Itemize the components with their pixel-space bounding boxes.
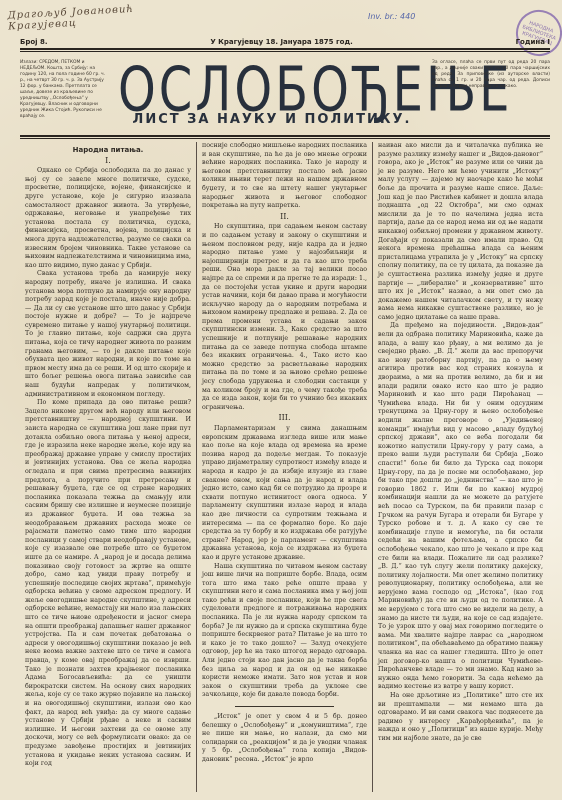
paragraph: Да пређемо на појединости. „Видов-дан“ в… [378, 322, 543, 692]
article-divider [235, 706, 334, 707]
article-heading: Народна питања. [25, 146, 191, 155]
section-number: I. [25, 157, 191, 166]
paragraph: Наша скупштина по читавом њеном саставу … [202, 563, 367, 701]
masthead-bottom-rule [20, 135, 550, 137]
section-number: II. [202, 213, 367, 222]
year-label: Година I [516, 38, 550, 46]
paragraph: посније слободно мишљење народних послан… [202, 142, 367, 211]
subscription-info: Излази: СРЕДОМ, ПЕТКОМ и НЕДЕЉОМ. Кошта,… [20, 60, 110, 120]
article-columns: Народна питања. I. Одкако се Србија осло… [20, 142, 550, 792]
paragraph: „Исток“ је опет у свом 4 и 5 бр. донео б… [202, 713, 367, 765]
handwritten-signature: Драгољуб Јовановић Крагујевац [7, 2, 178, 41]
masthead-bottom-rule [20, 138, 550, 139]
paragraph: Парламентаризам у свима данашњим европск… [202, 425, 367, 563]
inventory-note: Inv. br.: 440 [368, 12, 415, 21]
advertising-info: За огласе, плаћа се први пут од реда 20 … [432, 60, 550, 90]
column-1: Народна питања. I. Одкако се Србија осло… [20, 142, 196, 792]
paragraph: Одкако се Србија ослободила па до данас … [25, 167, 191, 270]
paragraph: наиван ако мисли да и читалачка публика … [378, 142, 543, 322]
issue-number: Број 8. [20, 38, 48, 46]
paragraph: На оне дрљотине из „Политике“ што сте их… [378, 692, 543, 744]
column-2: посније слободно мишљење народних послан… [196, 142, 372, 792]
newspaper-page: Драгољуб Јовановић Крагујевац Inv. br.: … [0, 0, 562, 800]
newspaper-subtitle: ЛИСТ ЗА НАУКУ И ПОЛИТИКУ. [118, 112, 426, 127]
paragraph: Свака установа треба да намирује неку на… [25, 270, 191, 399]
masthead-rule [20, 51, 550, 52]
library-stamp-icon: НАРОДНА БИБЛИОТЕКА КРАГУЈЕВАЦ [510, 4, 562, 63]
paragraph: Но скупштина, при садањем њеном саставу … [202, 223, 367, 412]
section-number: III. [202, 414, 367, 423]
masthead-dateline-bar: Број 8. У Крагујевцу 18. Јануара 1875 го… [20, 38, 550, 46]
dateline: У Крагујевцу 18. Јануара 1875 год. [210, 38, 352, 46]
paragraph: По коме припада да ово питање реши? Заце… [25, 399, 191, 769]
masthead-rule [20, 48, 550, 50]
column-3: наиван ако мисли да и читалачка публика … [372, 142, 548, 792]
